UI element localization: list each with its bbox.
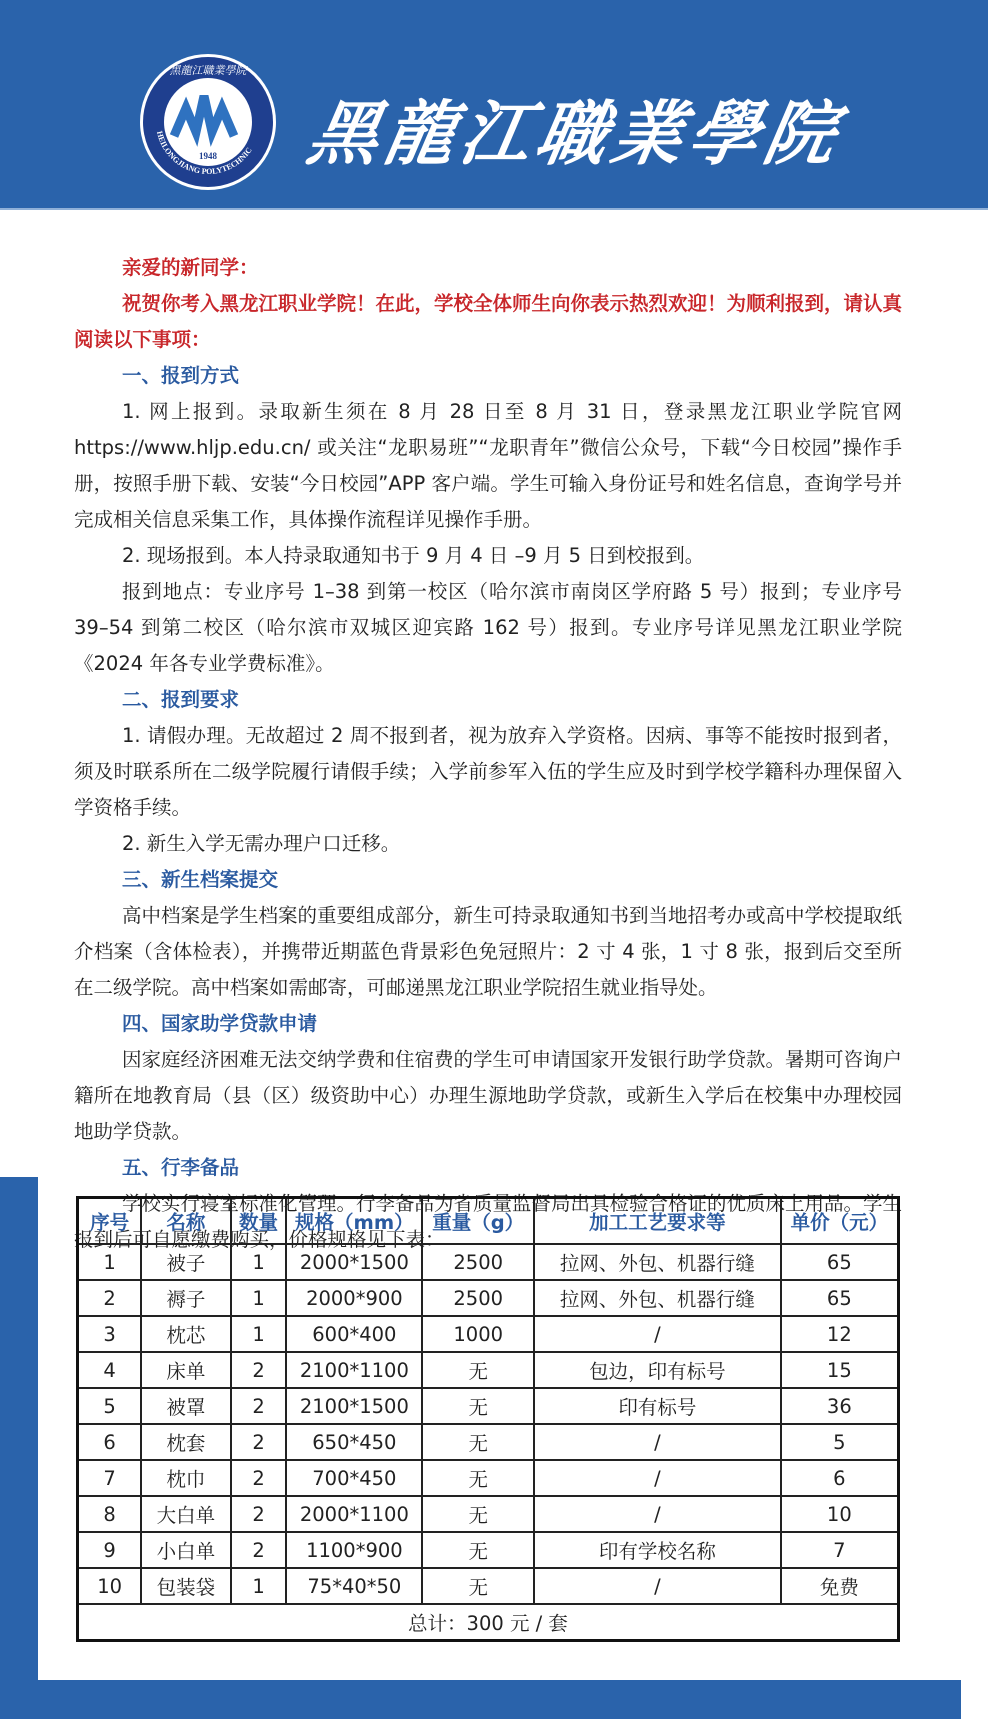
- table-cell: 无: [422, 1388, 534, 1424]
- table-cell: 2: [78, 1280, 142, 1316]
- table-cell: /: [534, 1424, 781, 1460]
- decorative-frame-left: [0, 1177, 38, 1719]
- table-cell: 2: [231, 1496, 287, 1532]
- table-header-row: 序号 名称 数量 规格（mm） 重量（g） 加工工艺要求等 单价（元）: [78, 1198, 899, 1245]
- school-name-title: 黑龍江職業學院: [301, 78, 851, 179]
- column-header: 加工工艺要求等: [534, 1198, 781, 1245]
- section-title-student-loans: 四、国家助学贷款申请: [74, 1006, 902, 1042]
- paragraph-registration-location: 报到地点：专业序号 1–38 到第一校区（哈尔滨市南岗区学府路 5 号）报到；专…: [74, 574, 902, 682]
- column-header: 规格（mm）: [286, 1198, 422, 1245]
- table-cell: 6: [78, 1424, 142, 1460]
- table-cell: 2100*1100: [286, 1352, 422, 1388]
- table-cell: 包装袋: [141, 1568, 230, 1604]
- table-cell: /: [534, 1316, 781, 1352]
- section-title-student-files: 三、新生档案提交: [74, 862, 902, 898]
- table-cell: 1: [78, 1244, 142, 1280]
- table-cell: 65: [781, 1280, 899, 1316]
- paragraph-student-files: 高中档案是学生档案的重要组成部分，新生可持录取通知书到当地招考办或高中学校提取纸…: [74, 898, 902, 1006]
- table-cell: 2100*1500: [286, 1388, 422, 1424]
- table-cell: 2: [231, 1424, 287, 1460]
- table-cell: 2500: [422, 1244, 534, 1280]
- table-cell: 650*450: [286, 1424, 422, 1460]
- table-row: 1 被子 1 2000*1500 2500 拉网、外包、机器行缝 65: [78, 1244, 899, 1280]
- table-cell: 8: [78, 1496, 142, 1532]
- welcome-message: 祝贺你考入黑龙江职业学院！在此，学校全体师生向你表示热烈欢迎！为顺利报到，请认真…: [74, 286, 902, 358]
- table-cell: 被子: [141, 1244, 230, 1280]
- section-title-luggage-supplies: 五、行李备品: [74, 1150, 902, 1186]
- table-row: 9 小白单 2 1100*900 无 印有学校名称 7: [78, 1532, 899, 1568]
- table-cell: 15: [781, 1352, 899, 1388]
- column-header: 单价（元）: [781, 1198, 899, 1245]
- table-cell: /: [534, 1568, 781, 1604]
- table-cell: 2000*900: [286, 1280, 422, 1316]
- section-title-registration-method: 一、报到方式: [74, 358, 902, 394]
- table-cell: 5: [781, 1424, 899, 1460]
- bedding-price-table: 序号 名称 数量 规格（mm） 重量（g） 加工工艺要求等 单价（元） 1 被子…: [76, 1196, 900, 1642]
- table-cell: 2000*1500: [286, 1244, 422, 1280]
- section-title-registration-requirements: 二、报到要求: [74, 682, 902, 718]
- table-cell: 1000: [422, 1316, 534, 1352]
- table-cell: 枕套: [141, 1424, 230, 1460]
- table-cell: 大白单: [141, 1496, 230, 1532]
- table-row: 10 包装袋 1 75*40*50 无 / 免费: [78, 1568, 899, 1604]
- table-cell: 2: [231, 1460, 287, 1496]
- table-cell: 6: [781, 1460, 899, 1496]
- table-cell: 无: [422, 1352, 534, 1388]
- table-cell: 600*400: [286, 1316, 422, 1352]
- table-cell: 65: [781, 1244, 899, 1280]
- table-cell: 包边，印有标号: [534, 1352, 781, 1388]
- svg-text:1948: 1948: [199, 151, 218, 161]
- paragraph-leave-request: 1. 请假办理。无故超过 2 周不报到者，视为放弃入学资格。因病、事等不能按时报…: [74, 718, 902, 826]
- table-row: 2 褥子 1 2000*900 2500 拉网、外包、机器行缝 65: [78, 1280, 899, 1316]
- table-cell: 2: [231, 1352, 287, 1388]
- table-cell: 2: [231, 1532, 287, 1568]
- column-header: 序号: [78, 1198, 142, 1245]
- table-cell: 印有学校名称: [534, 1532, 781, 1568]
- table-cell: 拉网、外包、机器行缝: [534, 1244, 781, 1280]
- table-cell: 无: [422, 1568, 534, 1604]
- table-cell: 1: [231, 1280, 287, 1316]
- table-cell: 1: [231, 1316, 287, 1352]
- header-banner: 1948 HEILONGJIANG POLYTECHNIC 黑龍江職業學院 黑龍…: [0, 0, 988, 208]
- notice-body: 亲爱的新同学： 祝贺你考入黑龙江职业学院！在此，学校全体师生向你表示热烈欢迎！为…: [74, 250, 902, 1258]
- table-cell: 被罩: [141, 1388, 230, 1424]
- table-cell: 9: [78, 1532, 142, 1568]
- table-row: 5 被罩 2 2100*1500 无 印有标号 36: [78, 1388, 899, 1424]
- table-row: 6 枕套 2 650*450 无 / 5: [78, 1424, 899, 1460]
- decorative-frame-bottom: [0, 1680, 961, 1719]
- table-total-row: 总计：300 元 / 套: [78, 1604, 899, 1641]
- paragraph-student-loans: 因家庭经济困难无法交纳学费和住宿费的学生可申请国家开发银行助学贷款。暑期可咨询户…: [74, 1042, 902, 1150]
- table-cell: 无: [422, 1532, 534, 1568]
- salutation: 亲爱的新同学：: [74, 250, 902, 286]
- table-cell: 5: [78, 1388, 142, 1424]
- table-cell: 700*450: [286, 1460, 422, 1496]
- table-cell: 2: [231, 1388, 287, 1424]
- paragraph-household-registration: 2. 新生入学无需办理户口迁移。: [74, 826, 902, 862]
- table-cell: 7: [781, 1532, 899, 1568]
- table-cell: 75*40*50: [286, 1568, 422, 1604]
- table-cell: 1: [231, 1244, 287, 1280]
- table-cell: /: [534, 1496, 781, 1532]
- table-row: 3 枕芯 1 600*400 1000 / 12: [78, 1316, 899, 1352]
- table-cell: 1100*900: [286, 1532, 422, 1568]
- table-cell: 2000*1100: [286, 1496, 422, 1532]
- column-header: 数量: [231, 1198, 287, 1245]
- table-row: 4 床单 2 2100*1100 无 包边，印有标号 15: [78, 1352, 899, 1388]
- table-cell: 36: [781, 1388, 899, 1424]
- paragraph-online-registration: 1. 网上报到。录取新生须在 8 月 28 日至 8 月 31 日，登录黑龙江职…: [74, 394, 902, 538]
- paragraph-onsite-registration: 2. 现场报到。本人持录取通知书于 9 月 4 日 –9 月 5 日到校报到。: [74, 538, 902, 574]
- table-cell: 无: [422, 1496, 534, 1532]
- table-cell: 免费: [781, 1568, 899, 1604]
- table-row: 7 枕巾 2 700*450 无 / 6: [78, 1460, 899, 1496]
- table-cell: 枕芯: [141, 1316, 230, 1352]
- table-total: 总计：300 元 / 套: [78, 1604, 899, 1641]
- table-cell: 10: [78, 1568, 142, 1604]
- table-cell: 拉网、外包、机器行缝: [534, 1280, 781, 1316]
- table-row: 8 大白单 2 2000*1100 无 / 10: [78, 1496, 899, 1532]
- column-header: 重量（g）: [422, 1198, 534, 1245]
- table-cell: 2500: [422, 1280, 534, 1316]
- svg-text:黑龍江職業學院: 黑龍江職業學院: [170, 64, 249, 77]
- table-cell: 7: [78, 1460, 142, 1496]
- column-header: 名称: [141, 1198, 230, 1245]
- school-emblem-icon: 1948 HEILONGJIANG POLYTECHNIC 黑龍江職業學院: [138, 52, 278, 192]
- table-cell: 床单: [141, 1352, 230, 1388]
- table-cell: 印有标号: [534, 1388, 781, 1424]
- table-cell: 4: [78, 1352, 142, 1388]
- table-cell: 无: [422, 1460, 534, 1496]
- table-cell: 10: [781, 1496, 899, 1532]
- table-cell: 枕巾: [141, 1460, 230, 1496]
- table-cell: 1: [231, 1568, 287, 1604]
- table-cell: 无: [422, 1424, 534, 1460]
- table-cell: 小白单: [141, 1532, 230, 1568]
- table-cell: 12: [781, 1316, 899, 1352]
- table-cell: 褥子: [141, 1280, 230, 1316]
- table-cell: 3: [78, 1316, 142, 1352]
- header-divider: [0, 208, 988, 210]
- table-cell: /: [534, 1460, 781, 1496]
